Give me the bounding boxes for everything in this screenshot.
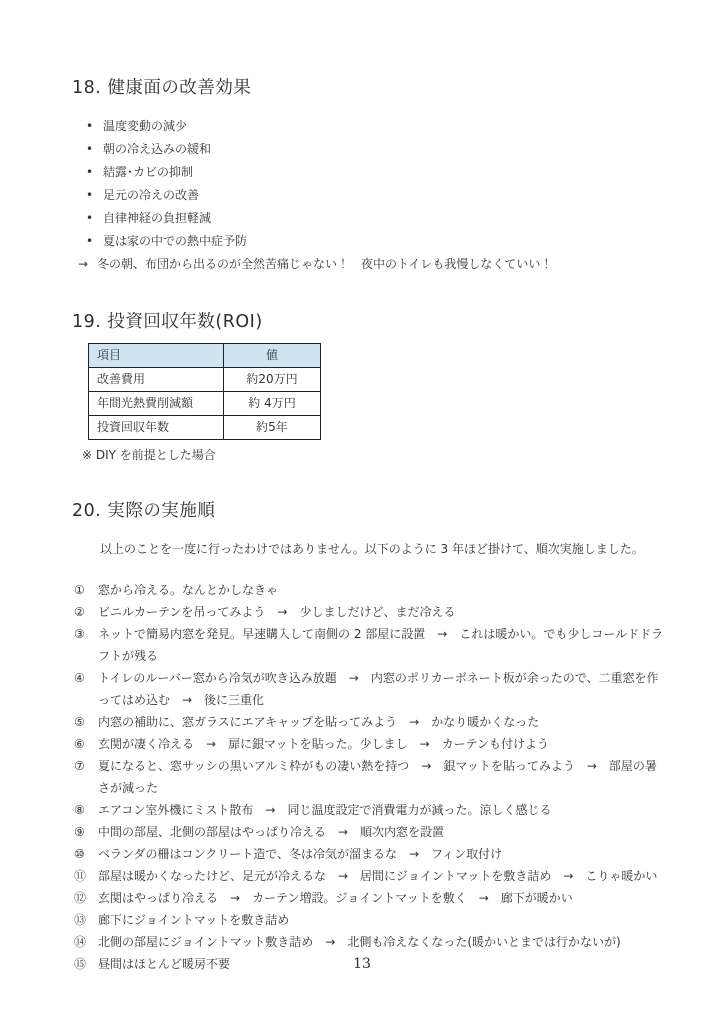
step-number: ① xyxy=(72,579,98,601)
list-item: • 朝の冷え込みの緩和 xyxy=(72,138,666,161)
list-item-text: 自律神経の負担軽減 xyxy=(103,207,211,230)
step-item: ⑫ 玄関はやっぱり冷える → カーテン増設。ジョイントマットを敷く → 廊下が暖… xyxy=(72,887,666,909)
implementation-steps-list: ① 窓から冷える。なんとかしなきゃ ② ビニルカーテンを吊ってみよう → 少しま… xyxy=(72,579,666,975)
step-number: ⑤ xyxy=(72,711,98,733)
bullet-icon: • xyxy=(72,230,103,253)
step-number: ⑭ xyxy=(72,931,98,953)
page-content: 18. 健康面の改善効果 • 温度変動の減少 • 朝の冷え込みの緩和 • 結露･… xyxy=(0,0,724,975)
list-item-text: 夏は家の中での熱中症予防 xyxy=(103,230,247,253)
step-text: 廊下にジョイントマットを敷き詰め xyxy=(98,909,666,931)
step-number: ③ xyxy=(72,623,98,667)
step-text: 内窓の補助に、窓ガラスにエアキャップを貼ってみよう → かなり暖かくなった xyxy=(98,711,666,733)
bullet-icon: • xyxy=(72,115,103,138)
list-item: • 温度変動の減少 xyxy=(72,115,666,138)
step-item: ⑭ 北側の部屋にジョイントマット敷き詰め → 北側も冷えなくなった(暖かいとまで… xyxy=(72,931,666,953)
list-item-text: 足元の冷えの改善 xyxy=(103,184,199,207)
step-number: ⑬ xyxy=(72,909,98,931)
step-text: 北側の部屋にジョイントマット敷き詰め → 北側も冷えなくなった(暖かいとまでは行… xyxy=(98,931,666,953)
step-item: ① 窓から冷える。なんとかしなきゃ xyxy=(72,579,666,601)
step-text: 部屋は暖かくなったけど、足元が冷えるな → 居間にジョイントマットを敷き詰め →… xyxy=(98,865,666,887)
step-text: トイレのルーバー窓から冷気が吹き込み放題 → 内窓のポリカーボネート板が余ったの… xyxy=(98,667,666,711)
section-health-effects: 18. 健康面の改善効果 • 温度変動の減少 • 朝の冷え込みの緩和 • 結露･… xyxy=(72,78,666,276)
table-cell-item: 投資回収年数 xyxy=(89,415,224,439)
table-cell-value: 約20万円 xyxy=(224,367,321,391)
step-item: ⑧ エアコン室外機にミスト散布 → 同じ温度設定で消費電力が減った。涼しく感じる xyxy=(72,799,666,821)
table-cell-value: 約 4万円 xyxy=(224,391,321,415)
step-number: ④ xyxy=(72,667,98,711)
step-item: ⑤ 内窓の補助に、窓ガラスにエアキャップを貼ってみよう → かなり暖かくなった xyxy=(72,711,666,733)
bullet-icon: • xyxy=(72,138,103,161)
table-header-row: 項目 値 xyxy=(89,343,321,367)
list-item: • 自律神経の負担軽減 xyxy=(72,207,666,230)
step-number: ⑦ xyxy=(72,755,98,799)
step-item: ⑥ 玄関が凄く冷える → 扉に銀マットを貼った。少しまし → カーテンも付けよう xyxy=(72,733,666,755)
section-20-intro: 以上のことを一度に行ったわけではありません。以下のように 3 年ほど掛けて、順次… xyxy=(72,540,666,558)
table-cell-value: 約5年 xyxy=(224,415,321,439)
health-effects-list: • 温度変動の減少 • 朝の冷え込みの緩和 • 結露･カビの抑制 • 足元の冷え… xyxy=(72,115,666,253)
section-roi: 19. 投資回収年数(ROI) 項目 値 改善費用 約20万円 年間光熱費削減額 xyxy=(72,312,666,463)
step-number: ⑥ xyxy=(72,733,98,755)
step-item: ⑨ 中間の部屋、北側の部屋はやっぱり冷える → 順次内窓を設置 xyxy=(72,821,666,843)
table-row: 投資回収年数 約5年 xyxy=(89,415,321,439)
step-text: ネットで簡易内窓を発見。早速購入して南側の 2 部屋に設置 → これは暖かい。で… xyxy=(98,623,666,667)
table-cell-item: 改善費用 xyxy=(89,367,224,391)
table-row: 年間光熱費削減額 約 4万円 xyxy=(89,391,321,415)
step-text: 中間の部屋、北側の部屋はやっぱり冷える → 順次内窓を設置 xyxy=(98,821,666,843)
step-text: 玄関が凄く冷える → 扉に銀マットを貼った。少しまし → カーテンも付けよう xyxy=(98,733,666,755)
step-item: ⑩ ベランダの柵はコンクリート造で、冬は冷気が溜まるな → フィン取付け xyxy=(72,843,666,865)
document-page: 18. 健康面の改善効果 • 温度変動の減少 • 朝の冷え込みの緩和 • 結露･… xyxy=(0,0,724,1024)
step-item: ③ ネットで簡易内窓を発見。早速購入して南側の 2 部屋に設置 → これは暖かい… xyxy=(72,623,666,667)
step-number: ⑩ xyxy=(72,843,98,865)
step-text: エアコン室外機にミスト散布 → 同じ温度設定で消費電力が減った。涼しく感じる xyxy=(98,799,666,821)
step-item: ④ トイレのルーバー窓から冷気が吹き込み放題 → 内窓のポリカーボネート板が余っ… xyxy=(72,667,666,711)
bullet-icon: • xyxy=(72,207,103,230)
section-implementation-order: 20. 実際の実施順 以上のことを一度に行ったわけではありません。以下のように … xyxy=(72,501,666,975)
bullet-icon: • xyxy=(72,161,103,184)
table-row: 改善費用 約20万円 xyxy=(89,367,321,391)
conclusion-text: 冬の朝、布団から出るのが全然苦痛じゃない！ 夜中のトイレも我慢しなくていい！ xyxy=(97,253,552,276)
list-item-text: 結露･カビの抑制 xyxy=(103,161,193,184)
step-item: ⑪ 部屋は暖かくなったけど、足元が冷えるな → 居間にジョイントマットを敷き詰め… xyxy=(72,865,666,887)
step-number: ⑪ xyxy=(72,865,98,887)
list-item: • 結露･カビの抑制 xyxy=(72,161,666,184)
list-item-text: 温度変動の減少 xyxy=(103,115,187,138)
step-item: ⑦ 夏になると、窓サッシの黒いアルミ枠がもの凄い熱を持つ → 銀マットを貼ってみ… xyxy=(72,755,666,799)
step-text: ベランダの柵はコンクリート造で、冬は冷気が溜まるな → フィン取付け xyxy=(98,843,666,865)
step-item: ② ビニルカーテンを吊ってみよう → 少しましだけど、まだ冷える xyxy=(72,601,666,623)
section-19-title: 19. 投資回収年数(ROI) xyxy=(72,312,666,334)
column-header-value: 値 xyxy=(224,343,321,367)
list-item: • 夏は家の中での熱中症予防 xyxy=(72,230,666,253)
step-text: ビニルカーテンを吊ってみよう → 少しましだけど、まだ冷える xyxy=(98,601,666,623)
table-cell-item: 年間光熱費削減額 xyxy=(89,391,224,415)
step-item: ⑬ 廊下にジョイントマットを敷き詰め xyxy=(72,909,666,931)
step-number: ⑫ xyxy=(72,887,98,909)
bullet-icon: • xyxy=(72,184,103,207)
page-number: 13 xyxy=(0,956,724,972)
step-number: ⑨ xyxy=(72,821,98,843)
step-text: 窓から冷える。なんとかしなきゃ xyxy=(98,579,666,601)
table-footnote: ※ DIY を前提とした場合 xyxy=(82,447,666,463)
arrow-icon: → xyxy=(72,253,97,276)
section-18-title: 18. 健康面の改善効果 xyxy=(72,78,666,100)
section-20-title: 20. 実際の実施順 xyxy=(72,501,666,523)
step-number: ⑧ xyxy=(72,799,98,821)
list-item-text: 朝の冷え込みの緩和 xyxy=(103,138,211,161)
roi-table: 項目 値 改善費用 約20万円 年間光熱費削減額 約 4万円 投資回収年数 xyxy=(88,343,321,440)
step-text: 夏になると、窓サッシの黒いアルミ枠がもの凄い熱を持つ → 銀マットを貼ってみよう… xyxy=(98,755,666,799)
step-text: 玄関はやっぱり冷える → カーテン増設。ジョイントマットを敷く → 廊下が暖かい xyxy=(98,887,666,909)
step-number: ② xyxy=(72,601,98,623)
list-item: • 足元の冷えの改善 xyxy=(72,184,666,207)
conclusion-line: → 冬の朝、布団から出るのが全然苦痛じゃない！ 夜中のトイレも我慢しなくていい！ xyxy=(72,253,666,276)
column-header-item: 項目 xyxy=(89,343,224,367)
